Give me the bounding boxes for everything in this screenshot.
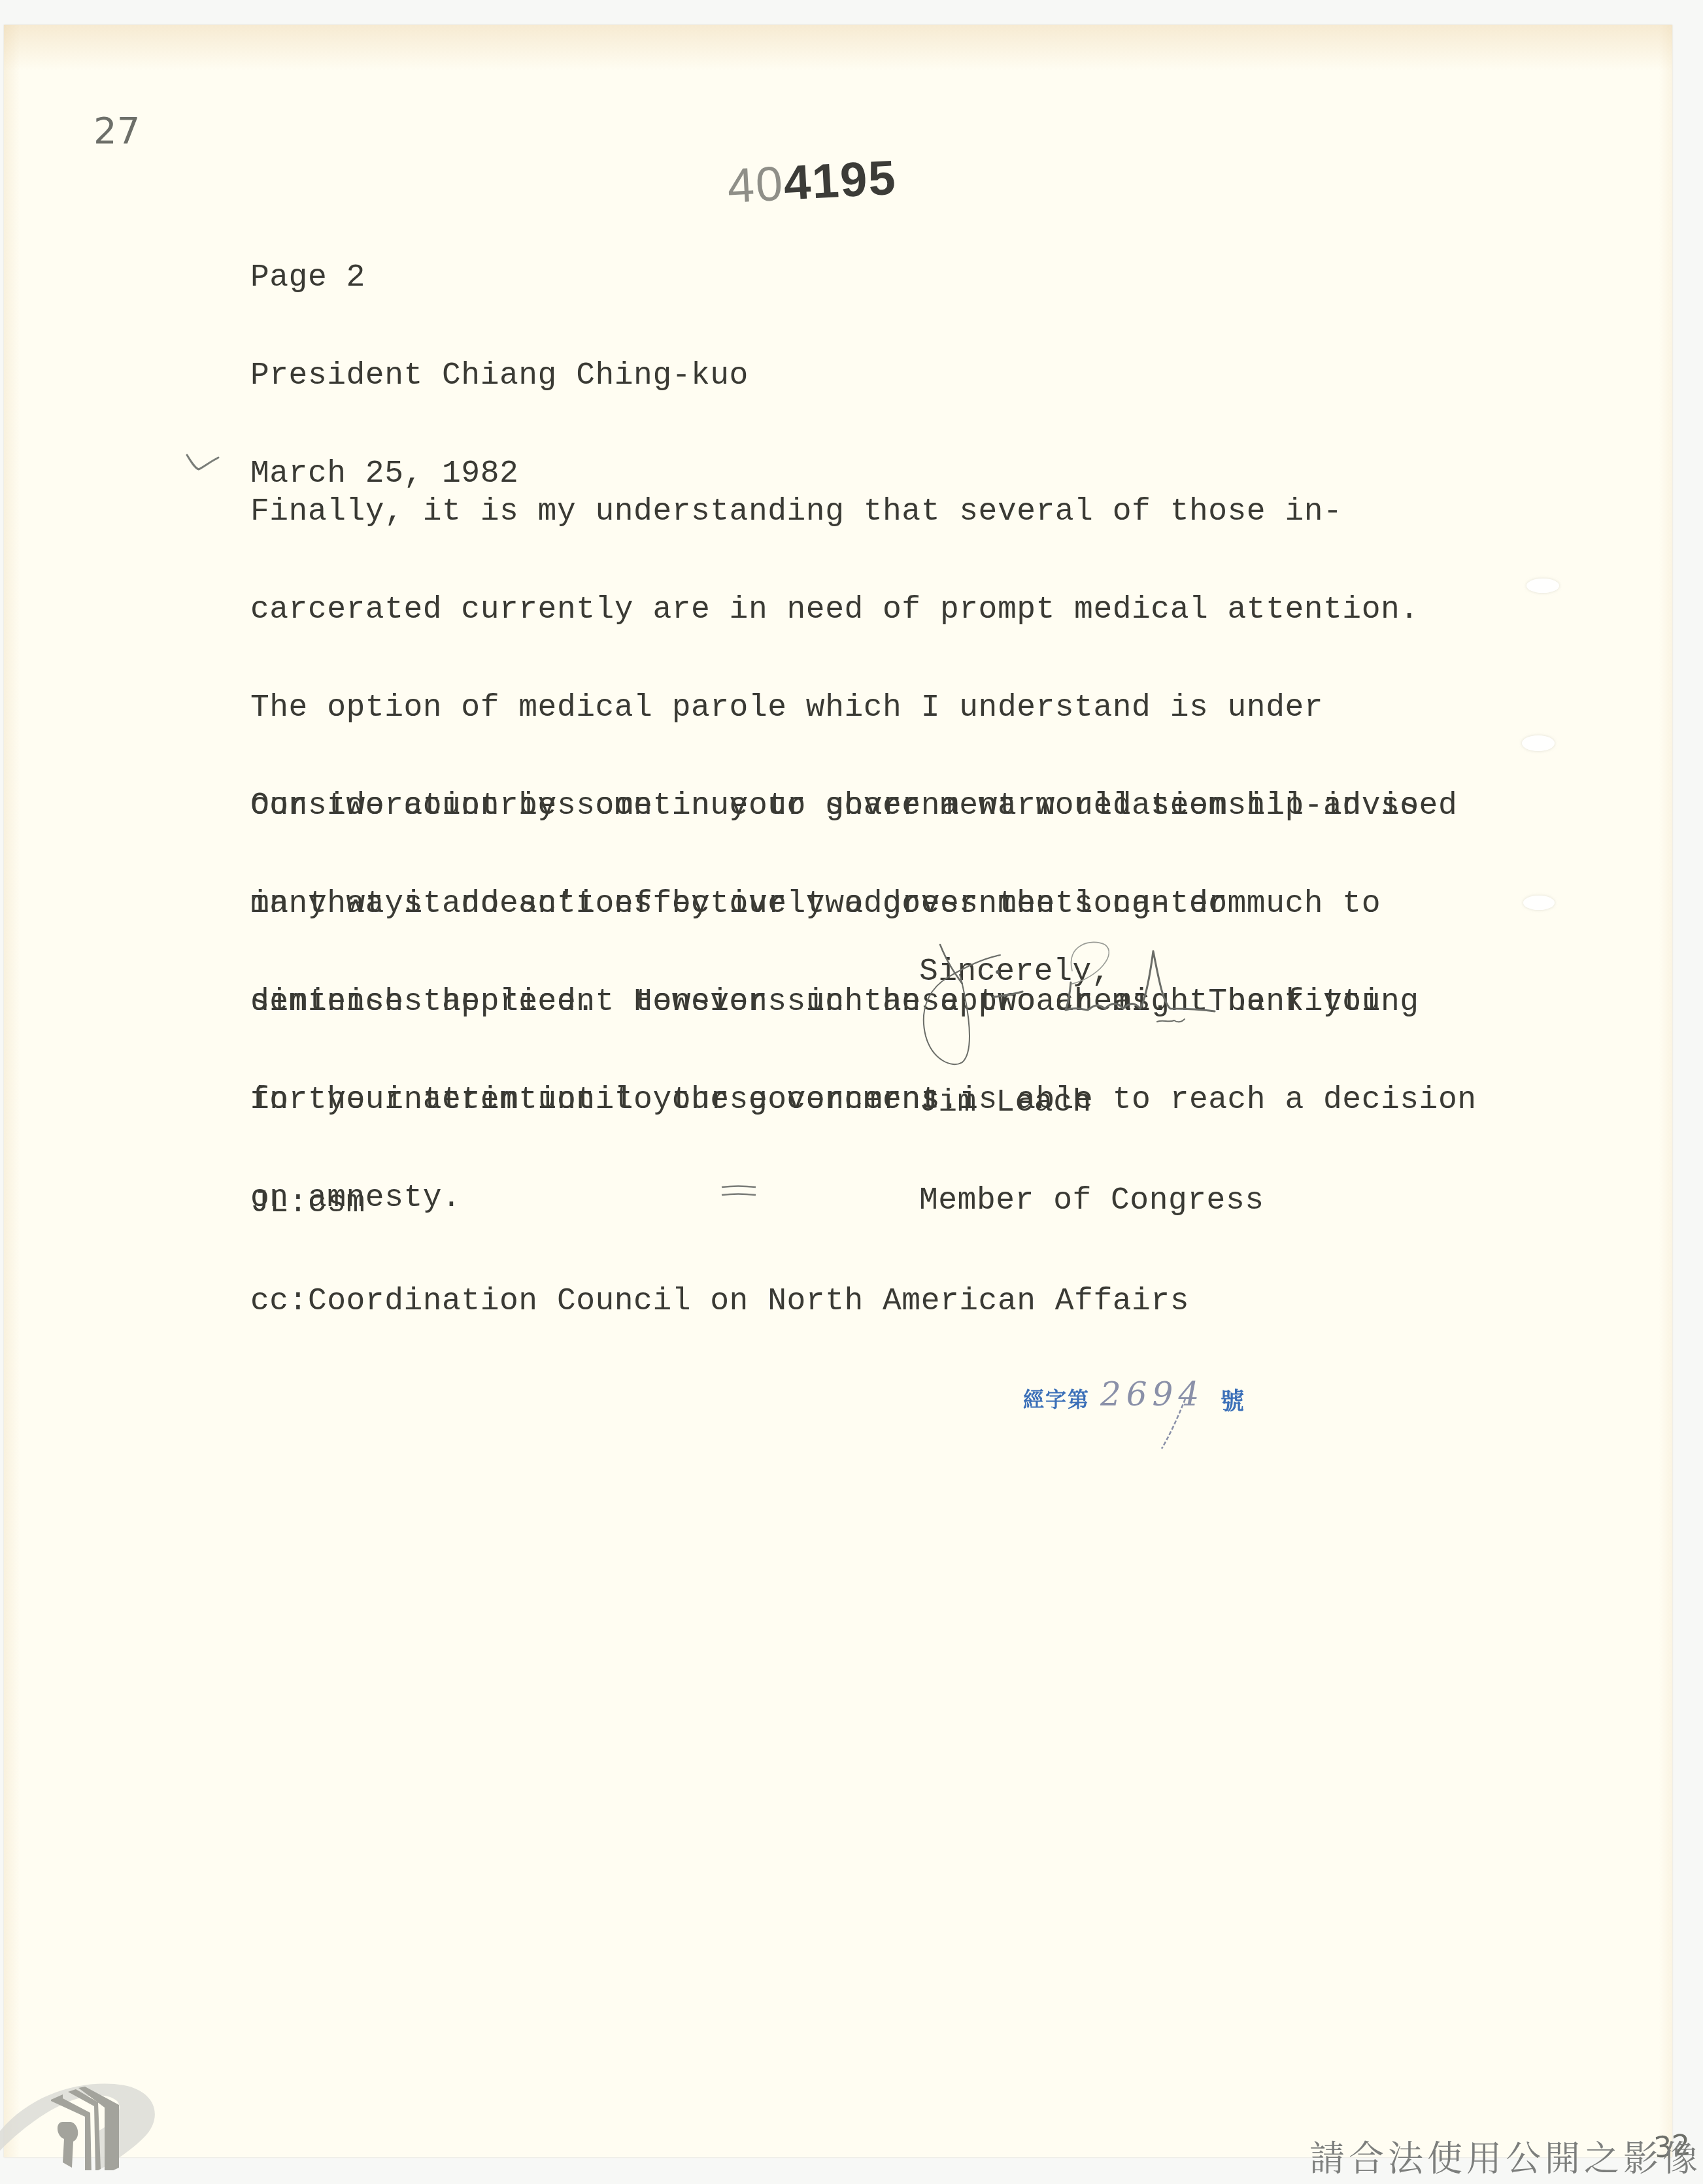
paper-spot xyxy=(1526,579,1559,593)
pen-stroke-icon xyxy=(1023,1373,1298,1451)
archive-watermark: 請合法使用公開之影像 xyxy=(1309,2131,1702,2181)
receipt-stamp: 經字第 2694 號 xyxy=(1023,1373,1298,1451)
check-mark-icon xyxy=(184,451,220,474)
cc-line: cc:Coordination Council on North America… xyxy=(250,1285,1189,1318)
paper-spot xyxy=(1523,896,1555,910)
paper-spot xyxy=(1522,735,1555,751)
page-label: Page 2 xyxy=(250,261,749,294)
document-number-stamp: 404195 xyxy=(726,150,898,214)
book-keyhole-logo-icon xyxy=(0,2053,170,2170)
paragraph-line: Our two countries continue to share a wa… xyxy=(250,790,1419,822)
signer-name: Jim Leach xyxy=(919,1086,1264,1119)
paragraph-line: Finally, it is my understanding that sev… xyxy=(250,496,1477,528)
double-underline-mark xyxy=(718,1182,764,1201)
paragraph-line: carcerated currently are in need of prom… xyxy=(250,594,1477,626)
paragraph-line: many ways and actions by our two governm… xyxy=(250,888,1419,920)
page-count-mark: 27 xyxy=(93,110,140,152)
paragraph-line: The option of medical parole which I und… xyxy=(250,692,1477,724)
reference-block: JL:csm cc:Coordination Council on North … xyxy=(250,1122,1189,1351)
recipient-name: President Chiang Ching-kuo xyxy=(250,360,749,392)
document-number-bold: 4195 xyxy=(783,150,898,210)
